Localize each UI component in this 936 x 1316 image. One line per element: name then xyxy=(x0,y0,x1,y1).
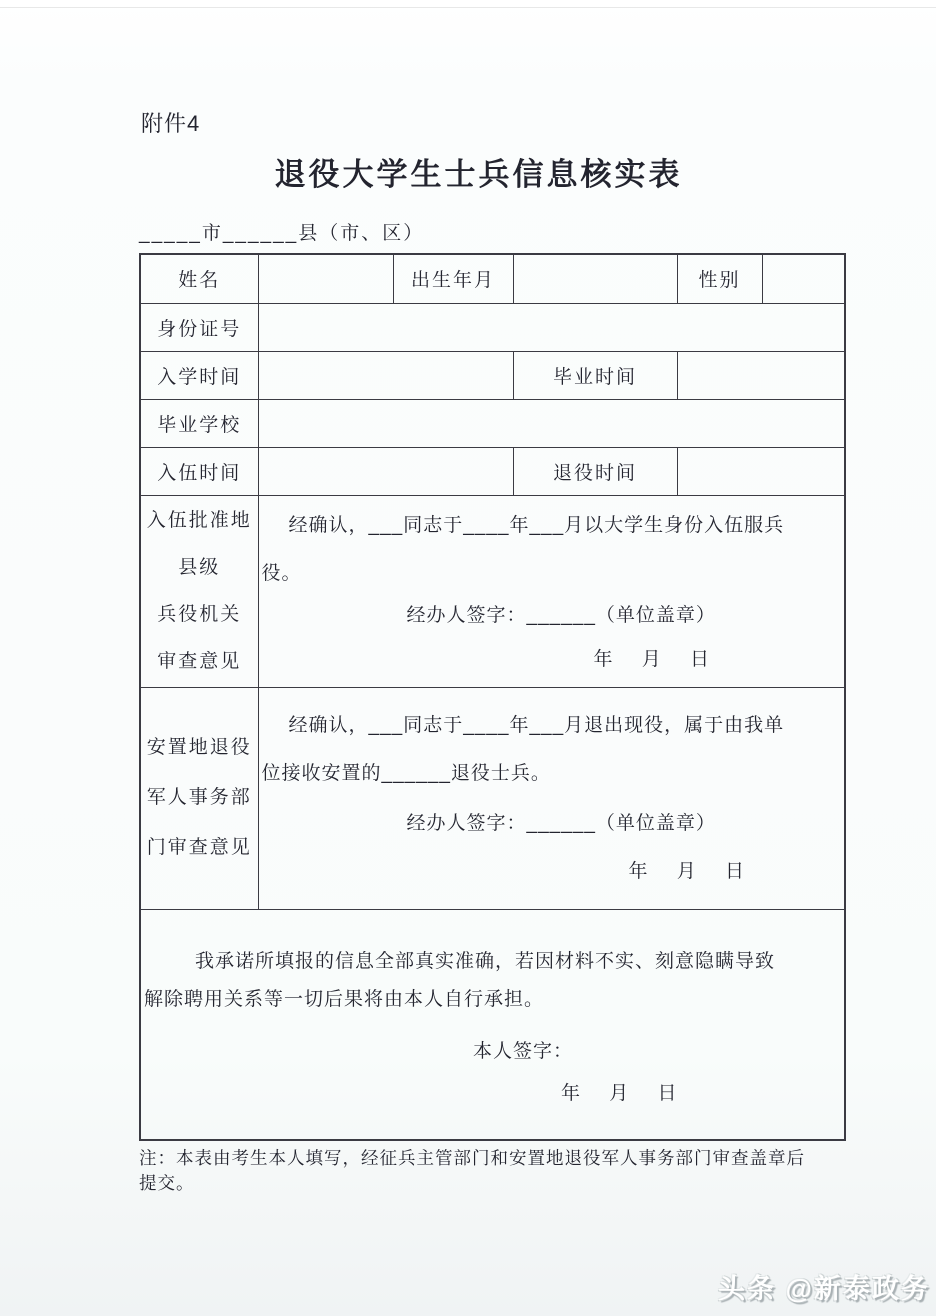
discharge-time-label: 退役时间 xyxy=(513,447,677,495)
gender-label: 性别 xyxy=(677,254,762,303)
date-line: 年 月 日 xyxy=(629,856,747,883)
enlistment-time-value-cell xyxy=(258,447,513,495)
commitment-body-line: 解除聘用关系等一切后果将由本人自行承担。 xyxy=(144,984,544,1011)
review-label-line: 军人事务部 xyxy=(141,773,258,823)
date-line: 年 月 日 xyxy=(561,1078,679,1105)
review-body-line: 役。 xyxy=(262,558,302,585)
review-label-line: 安置地退役 xyxy=(141,723,258,773)
veterans-affairs-review-label: 安置地退役 军人事务部 门审查意见 xyxy=(140,687,258,909)
table-row: 毕业学校 xyxy=(140,399,845,447)
veterans-affairs-review-cell: 经确认，___同志于____年___月退出现役，属于由我单 位接收安置的____… xyxy=(258,687,845,909)
personal-signature-line: 本人签字： xyxy=(473,1036,573,1063)
table-row: 身份证号 xyxy=(140,303,845,351)
enlistment-time-label: 入伍时间 xyxy=(140,447,258,495)
date-line: 年 月 日 xyxy=(594,644,712,671)
location-line: _____市______县（市、区） xyxy=(139,218,424,245)
gender-value-cell xyxy=(762,254,845,303)
handler-signature-line: 经办人签字：______（单位盖章） xyxy=(407,600,716,627)
conscription-organ-review-cell: 经确认，___同志于____年___月以大学生身份入伍服兵 役。 经办人签字：_… xyxy=(258,495,845,687)
commitment-body-line: 我承诺所填报的信息全部真实准确，若因材料不实、刻意隐瞒导致 xyxy=(195,946,775,973)
form-note-line: 提交。 xyxy=(139,1171,844,1196)
watermark: 头条 @新泰政务 xyxy=(718,1267,930,1306)
review-label-line: 兵役机关 xyxy=(141,591,258,638)
id-number-label: 身份证号 xyxy=(140,303,258,351)
name-value-cell xyxy=(258,254,393,303)
enrollment-time-value-cell xyxy=(258,351,513,399)
name-label: 姓名 xyxy=(140,254,258,303)
form-table: 姓名 出生年月 性别 身份证号 入学时间 毕业时间 毕业学校 入伍时间 退役时间 xyxy=(139,253,846,1141)
birth-date-label: 出生年月 xyxy=(393,254,513,303)
scanned-form-page: 附件4 退役大学生士兵信息核实表 _____市______县（市、区） 姓名 出… xyxy=(139,0,844,1316)
review-label-line: 县级 xyxy=(141,544,258,591)
enrollment-time-label: 入学时间 xyxy=(140,351,258,399)
form-note: 注：本表由考生本人填写，经征兵主管部门和安置地退役军人事务部门审查盖章后 提交。 xyxy=(139,1146,844,1196)
table-row: 姓名 出生年月 性别 xyxy=(140,254,845,303)
review-body-line: 经确认，___同志于____年___月退出现役，属于由我单 xyxy=(289,710,785,737)
review-body-line: 位接收安置的______退役士兵。 xyxy=(262,758,551,785)
id-number-value-cell xyxy=(258,303,845,351)
graduation-school-value-cell xyxy=(258,399,845,447)
table-row: 入学时间 毕业时间 xyxy=(140,351,845,399)
table-row: 我承诺所填报的信息全部真实准确，若因材料不实、刻意隐瞒导致 解除聘用关系等一切后… xyxy=(140,909,845,1140)
personal-commitment-cell: 我承诺所填报的信息全部真实准确，若因材料不实、刻意隐瞒导致 解除聘用关系等一切后… xyxy=(140,909,845,1140)
conscription-organ-review-label: 入伍批准地 县级 兵役机关 审查意见 xyxy=(140,495,258,687)
graduation-school-label: 毕业学校 xyxy=(140,399,258,447)
table-row: 安置地退役 军人事务部 门审查意见 经确认，___同志于____年___月退出现… xyxy=(140,687,845,909)
review-label-line: 门审查意见 xyxy=(141,823,258,873)
table-row: 入伍时间 退役时间 xyxy=(140,447,845,495)
graduation-time-label: 毕业时间 xyxy=(513,351,677,399)
attachment-label: 附件4 xyxy=(141,107,200,138)
graduation-time-value-cell xyxy=(677,351,845,399)
discharge-time-value-cell xyxy=(677,447,845,495)
form-title: 退役大学生士兵信息核实表 xyxy=(139,149,844,194)
review-label-line: 审查意见 xyxy=(141,638,258,685)
birth-date-value-cell xyxy=(513,254,677,303)
handler-signature-line: 经办人签字：______（单位盖章） xyxy=(407,808,716,835)
form-note-line: 注：本表由考生本人填写，经征兵主管部门和安置地退役军人事务部门审查盖章后 xyxy=(139,1146,844,1171)
table-row: 入伍批准地 县级 兵役机关 审查意见 经确认，___同志于____年___月以大… xyxy=(140,495,845,687)
review-body-line: 经确认，___同志于____年___月以大学生身份入伍服兵 xyxy=(289,510,785,537)
review-label-line: 入伍批准地 xyxy=(141,497,258,544)
